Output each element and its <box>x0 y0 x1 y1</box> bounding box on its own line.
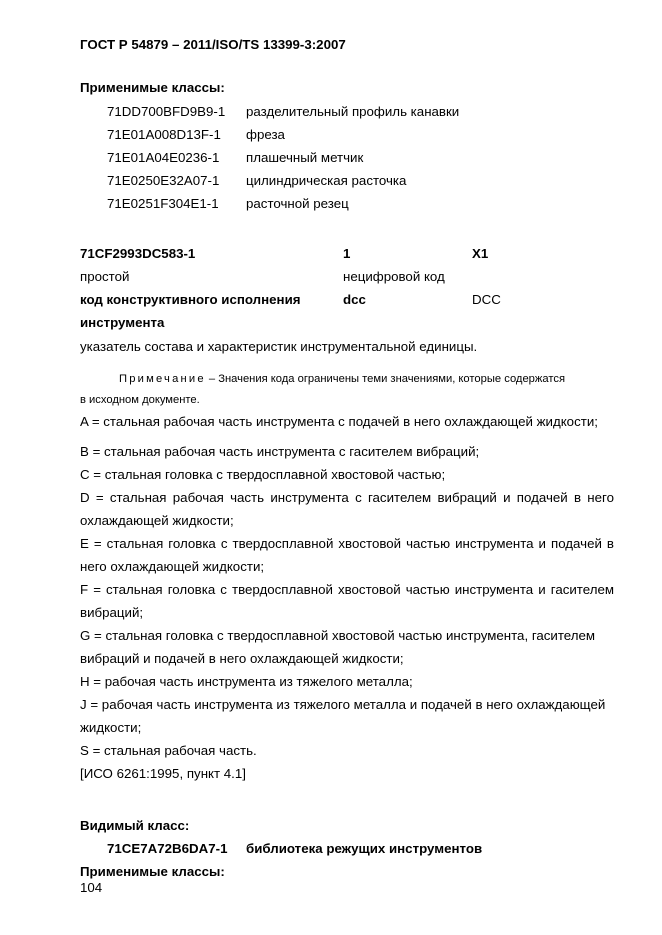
value-f: F = стальная головка с твердосплавной хв… <box>80 582 614 597</box>
visible-class-name: библиотека режущих инструментов <box>246 841 482 856</box>
property-id: 71CF2993DC583-1 <box>80 246 195 261</box>
note-text: – Значения кода ограничены теми значения… <box>206 373 565 385</box>
property-data-type: нецифровой код <box>343 269 445 284</box>
value-d: D = стальная рабочая часть инструмента с… <box>80 490 614 505</box>
value-h: H = рабочая часть инструмента из тяжелог… <box>80 674 413 689</box>
value-f-cont: вибраций; <box>80 605 143 620</box>
class-code: 71E01A04E0236-1 <box>107 150 219 165</box>
property-definition: указатель состава и характеристик инстру… <box>80 339 477 354</box>
property-revision: X1 <box>472 246 488 261</box>
value-a: A = стальная рабочая часть инструмента с… <box>80 414 598 429</box>
class-code: 71E0250E32A07-1 <box>107 173 219 188</box>
value-j-cont: жидкости; <box>80 720 141 735</box>
note-label: Примечание <box>119 373 206 385</box>
value-b: B = стальная рабочая часть инструмента с… <box>80 444 479 459</box>
property-version: 1 <box>343 246 350 261</box>
applicable-classes-heading: Применимые классы: <box>80 80 225 95</box>
property-type: простой <box>80 269 129 284</box>
class-name: цилиндрическая расточка <box>246 173 406 188</box>
reference: [ИСО 6261:1995, пункт 4.1] <box>80 766 246 781</box>
class-code: 71E01A008D13F-1 <box>107 127 221 142</box>
property-name: код конструктивного исполнения <box>80 292 301 307</box>
value-j: J = рабочая часть инструмента из тяжелог… <box>80 697 605 712</box>
class-name: фреза <box>246 127 285 142</box>
note-line-1: Примечание – Значения кода ограничены те… <box>119 373 565 385</box>
value-e: E = стальная головка с твердосплавной хв… <box>80 536 614 551</box>
value-e-cont: него охлаждающей жидкости; <box>80 559 264 574</box>
class-code: 71DD700BFD9B9-1 <box>107 104 225 119</box>
property-name-cont: инструмента <box>80 315 164 330</box>
property-symbol: dcc <box>343 292 366 307</box>
note-line-2: в исходном документе. <box>80 394 200 406</box>
value-g-cont: вибраций и подачей в него охлаждающей жи… <box>80 651 404 666</box>
value-g: G = стальная головка с твердосплавной хв… <box>80 628 595 643</box>
visible-class-code: 71CE7A72B6DA7-1 <box>107 841 227 856</box>
class-name: разделительный профиль канавки <box>246 104 459 119</box>
document-header: ГОСТ Р 54879 – 2011/ISO/TS 13399-3:2007 <box>80 37 346 52</box>
value-d-cont: охлаждающей жидкости; <box>80 513 234 528</box>
visible-class-heading: Видимый класс: <box>80 818 189 833</box>
class-name: расточной резец <box>246 196 349 211</box>
value-s: S = стальная рабочая часть. <box>80 743 257 758</box>
class-name: плашечный метчик <box>246 150 363 165</box>
property-code: DCC <box>472 292 501 307</box>
value-c: C = стальная головка с твердосплавной хв… <box>80 467 445 482</box>
class-code: 71E0251F304E1-1 <box>107 196 219 211</box>
page-number: 104 <box>80 880 102 895</box>
applicable-classes-heading-2: Применимые классы: <box>80 864 225 879</box>
